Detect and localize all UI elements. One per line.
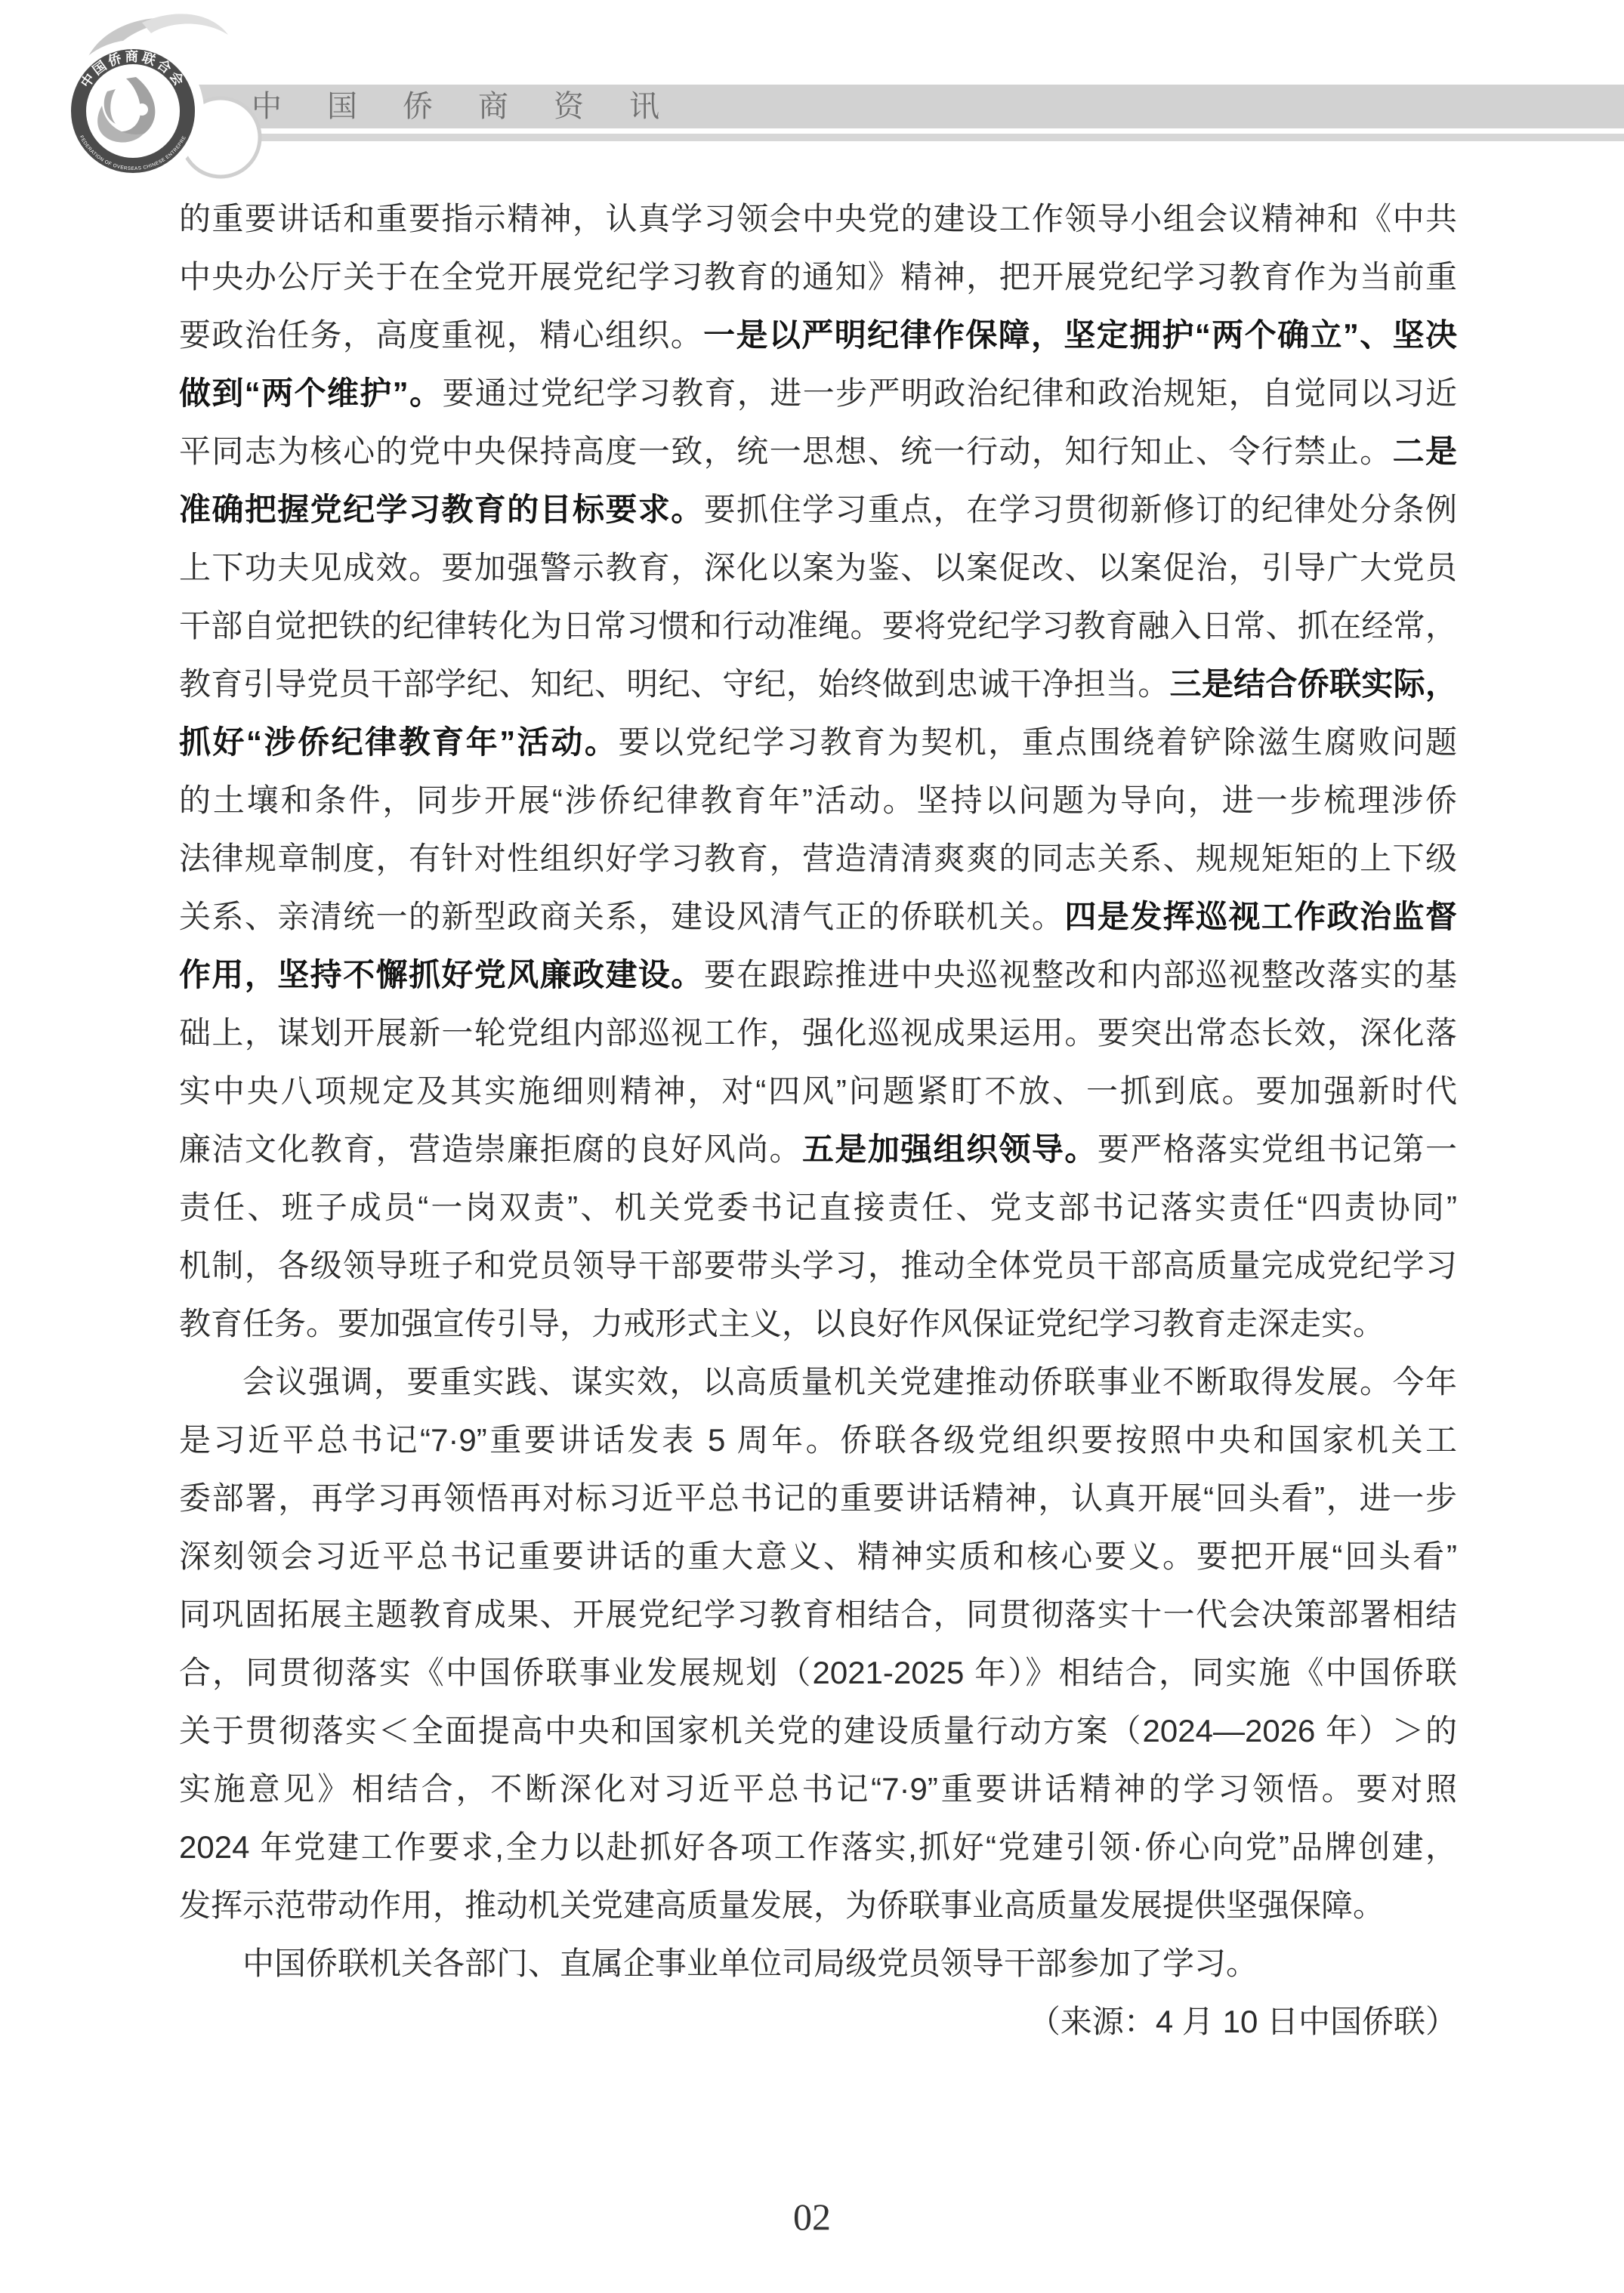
text-line: 抓好“涉侨纪律教育年”活动。要以党纪学习教育为契机，重点围绕着铲除滋生腐败问题 — [179, 713, 1457, 771]
text-line: 发挥示范带动作用，推动机关党建高质量发展，为侨联事业高质量发展提供坚强保障。 — [179, 1876, 1457, 1934]
text-line: 委部署，再学习再领悟再对标习近平总书记的重要讲话精神，认真开展“回头看”，进一步 — [179, 1469, 1457, 1527]
text-line: 关于贯彻落实＜全面提高中央和国家机关党的建设质量行动方案（2024—2026 年… — [179, 1702, 1457, 1760]
text-line: 实中央八项规定及其实施细则精神，对“四风”问题紧盯不放、一抓到底。要加强新时代 — [179, 1062, 1457, 1120]
text-line: 础上，谋划开展新一轮党组内部巡视工作，强化巡视成果运用。要突出常态长效，深化落 — [179, 1004, 1457, 1062]
text-line: 干部自觉把铁的纪律转化为日常习惯和行动准绳。要将党纪学习教育融入日常、抓在经常， — [179, 597, 1457, 655]
document-page: 中国侨商资讯 中国侨商联合会 — [0, 0, 1624, 2293]
text-line: 中国侨联机关各部门、直属企事业单位司局级党员领导干部参加了学习。 — [179, 1934, 1457, 1992]
text-line: 教育引导党员干部学纪、知纪、明纪、守纪，始终做到忠诚干净担当。三是结合侨联实际， — [179, 655, 1457, 713]
logo-seal: 中国侨商联合会 CHINA FEDERATION OF OVERSEAS CHI… — [30, 0, 199, 177]
text-line: 廉洁文化教育，营造崇廉拒腐的良好风尚。五是加强组织领导。要严格落实党组书记第一 — [179, 1120, 1457, 1178]
source-line: （来源：4 月 10 日中国侨联） — [179, 1992, 1457, 2051]
text-line: 2024 年党建工作要求,全力以赴抓好各项工作落实,抓好“党建引领·侨心向党”品… — [179, 1818, 1457, 1876]
text-line: 教育任务。要加强宣传引导，力戒形式主义，以良好作风保证党纪学习教育走深走实。 — [179, 1295, 1457, 1353]
article-body: 的重要讲话和重要指示精神，认真学习领会中央党的建设工作领导小组会议精神和《中共中… — [179, 190, 1457, 2051]
text-line: 上下功夫见成效。要加强警示教育，深化以案为鉴、以案促改、以案促治，引导广大党员 — [179, 539, 1457, 597]
text-line: 同巩固拓展主题教育成果、开展党纪学习教育相结合，同贯彻落实十一代会决策部署相结 — [179, 1585, 1457, 1643]
header-thin-bar — [198, 134, 1624, 141]
text-line: 要政治任务，高度重视，精心组织。一是以严明纪律作保障，坚定拥护“两个确立”、坚决 — [179, 306, 1457, 364]
text-line: 责任、班子成员“一岗双责”、机关党委书记直接责任、党支部书记落实责任“四责协同” — [179, 1178, 1457, 1236]
text-line: 实施意见》相结合，不断深化对习近平总书记“7·9”重要讲话精神的学习领悟。要对照 — [179, 1760, 1457, 1818]
text-line: 的重要讲话和重要指示精神，认真学习领会中央党的建设工作领导小组会议精神和《中共 — [179, 190, 1457, 248]
text-line: 作用，坚持不懈抓好党风廉政建设。要在跟踪推进中央巡视整改和内部巡视整改落实的基 — [179, 946, 1457, 1004]
text-line: 机制，各级领导班子和党员领导干部要带头学习，推动全体党员干部高质量完成党纪学习 — [179, 1236, 1457, 1295]
text-line: 法律规章制度，有针对性组织好学习教育，营造清清爽爽的同志关系、规规矩矩的上下级 — [179, 829, 1457, 887]
text-line: 合，同贯彻落实《中国侨联事业发展规划（2021-2025 年）》相结合，同实施《… — [179, 1643, 1457, 1702]
text-line: 准确把握党纪学习教育的目标要求。要抓住学习重点，在学习贯彻新修订的纪律处分条例 — [179, 480, 1457, 539]
text-line: 做到“两个维护”。要通过党纪学习教育，进一步严明政治纪律和政治规矩，自觉同以习近 — [179, 364, 1457, 422]
newsletter-title: 中国侨商资讯 — [204, 85, 1624, 128]
org-logo: 中国侨商联合会 CHINA FEDERATION OF OVERSEAS CHI… — [30, 0, 347, 196]
text-line: 中央办公厅关于在全党开展党纪学习教育的通知》精神，把开展党纪学习教育作为当前重 — [179, 248, 1457, 306]
text-line: 的土壤和条件，同步开展“涉侨纪律教育年”活动。坚持以问题为导向，进一步梳理涉侨 — [179, 771, 1457, 829]
page-number: 02 — [0, 2195, 1624, 2239]
text-line: 会议强调，要重实践、谋实效，以高质量机关党建推动侨联事业不断取得发展。今年 — [179, 1353, 1457, 1411]
text-line: 平同志为核心的党中央保持高度一致，统一思想、统一行动，知行知止、令行禁止。二是 — [179, 422, 1457, 480]
text-line: 是习近平总书记“7·9”重要讲话发表 5 周年。侨联各级党组织要按照中央和国家机… — [179, 1411, 1457, 1469]
text-line: 深刻领会习近平总书记重要讲话的重大意义、精神实质和核心要义。要把开展“回头看” — [179, 1527, 1457, 1585]
text-line: 关系、亲清统一的新型政商关系，建设风清气正的侨联机关。四是发挥巡视工作政治监督 — [179, 887, 1457, 946]
